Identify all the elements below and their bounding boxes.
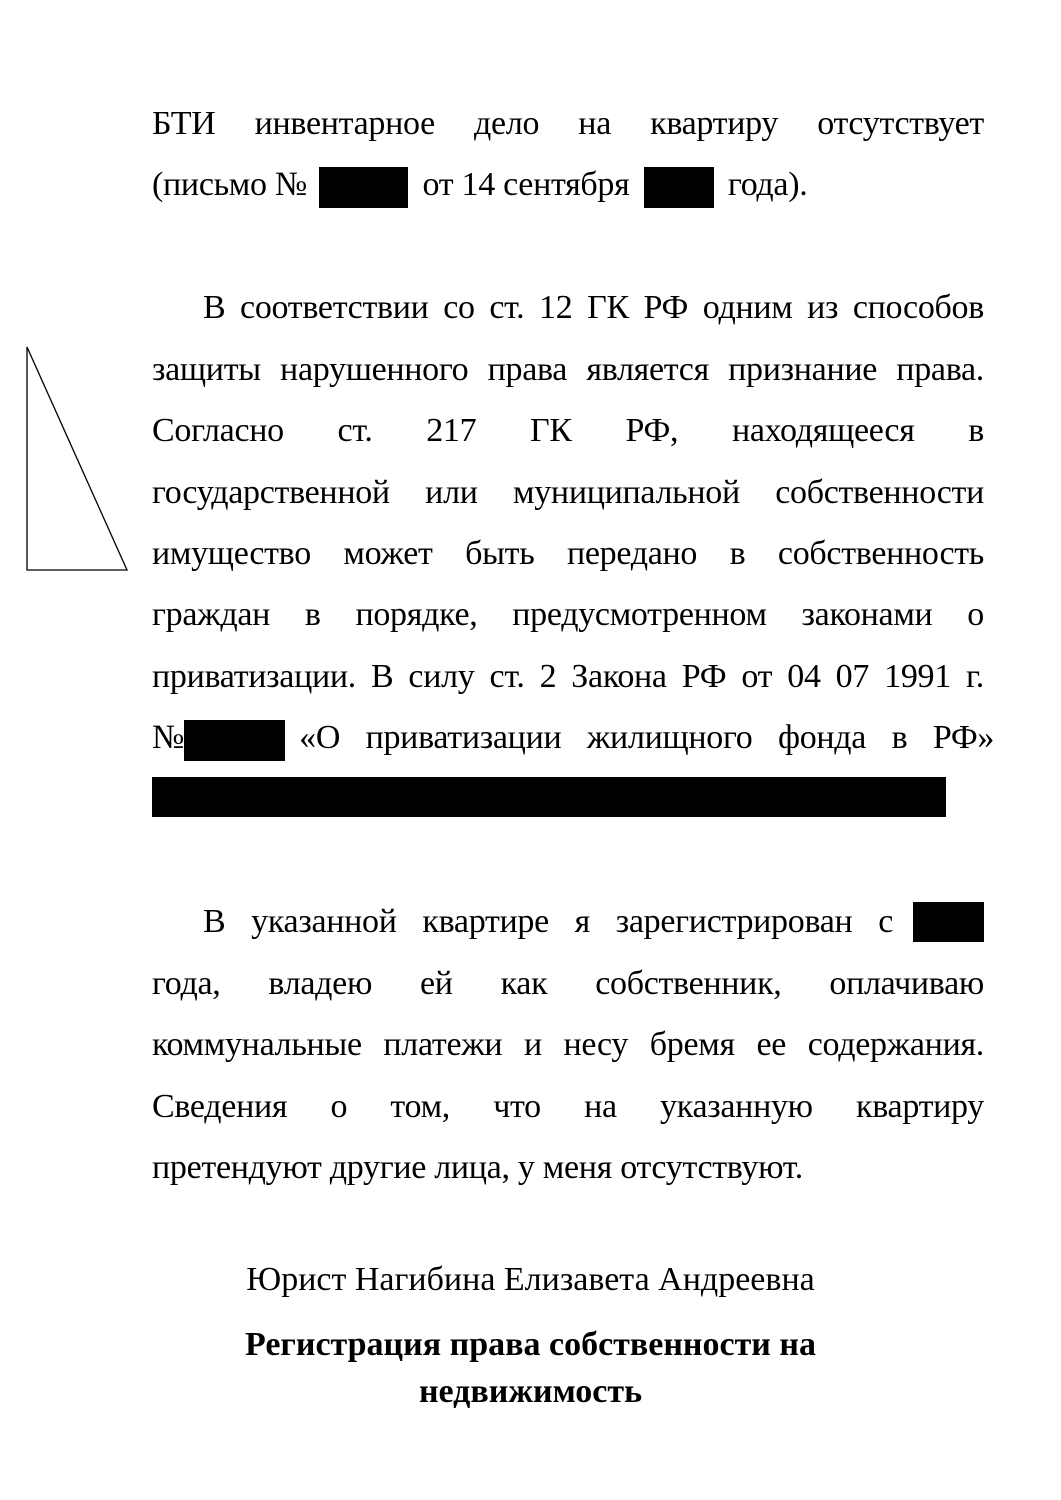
para2-line6: граждан в порядке, предусмотренном закон… xyxy=(152,595,984,635)
para3-line2: года, владею ей как собственник, оплачив… xyxy=(152,964,984,1004)
redacted-registration-year xyxy=(913,902,984,942)
letter-date: от 14 сентября xyxy=(422,166,629,203)
para2-line7: приватизации. В силу ст. 2 Закона РФ от … xyxy=(152,657,984,697)
para3-line4: Сведения о том, что на указанную квартир… xyxy=(152,1087,984,1127)
para3-line3: коммунальные платежи и несу бремя ее сод… xyxy=(152,1025,984,1065)
para2-line2: защиты нарушенного права является призна… xyxy=(152,350,984,390)
para2-line3: Согласно ст. 217 ГК РФ, находящееся в xyxy=(152,411,984,451)
law-number-sign: № xyxy=(152,719,184,756)
para2-line8: №«О приватизации жилищного фонда в РФ» xyxy=(152,718,984,761)
para2-line1: В соответствии со ст. 12 ГК РФ одним из … xyxy=(203,288,984,328)
para2-line4: государственной или муниципальной собств… xyxy=(152,473,984,513)
redacted-letter-number xyxy=(319,167,408,208)
letter-year-suffix: года). xyxy=(728,166,808,203)
para3-line1: В указанной квартире я зарегистрирован с xyxy=(203,902,984,942)
para2-line5: имущество может быть передано в собствен… xyxy=(152,534,984,574)
letter-label: (письмо № xyxy=(152,166,307,203)
author-signature: Юрист Нагибина Елизавета Андреевна xyxy=(0,1260,1061,1300)
triangle-shape xyxy=(0,0,140,600)
service-title-line1: Регистрация права собственности на xyxy=(0,1325,1061,1365)
redacted-year xyxy=(644,167,714,208)
redacted-law-number xyxy=(184,720,285,761)
para1-line1: БТИ инвентарное дело на квартиру отсутст… xyxy=(152,104,984,144)
redacted-line xyxy=(152,777,946,817)
service-title-line2: недвижимость xyxy=(0,1372,1061,1412)
para1-line2: (письмо № от 14 сентября года). xyxy=(152,165,984,208)
para3-line5: претендуют другие лица, у меня отсутству… xyxy=(152,1148,984,1188)
para3-line1-text: В указанной квартире я зарегистрирован с xyxy=(203,902,893,942)
law-title: «О приватизации жилищного фонда в РФ» xyxy=(299,718,994,758)
